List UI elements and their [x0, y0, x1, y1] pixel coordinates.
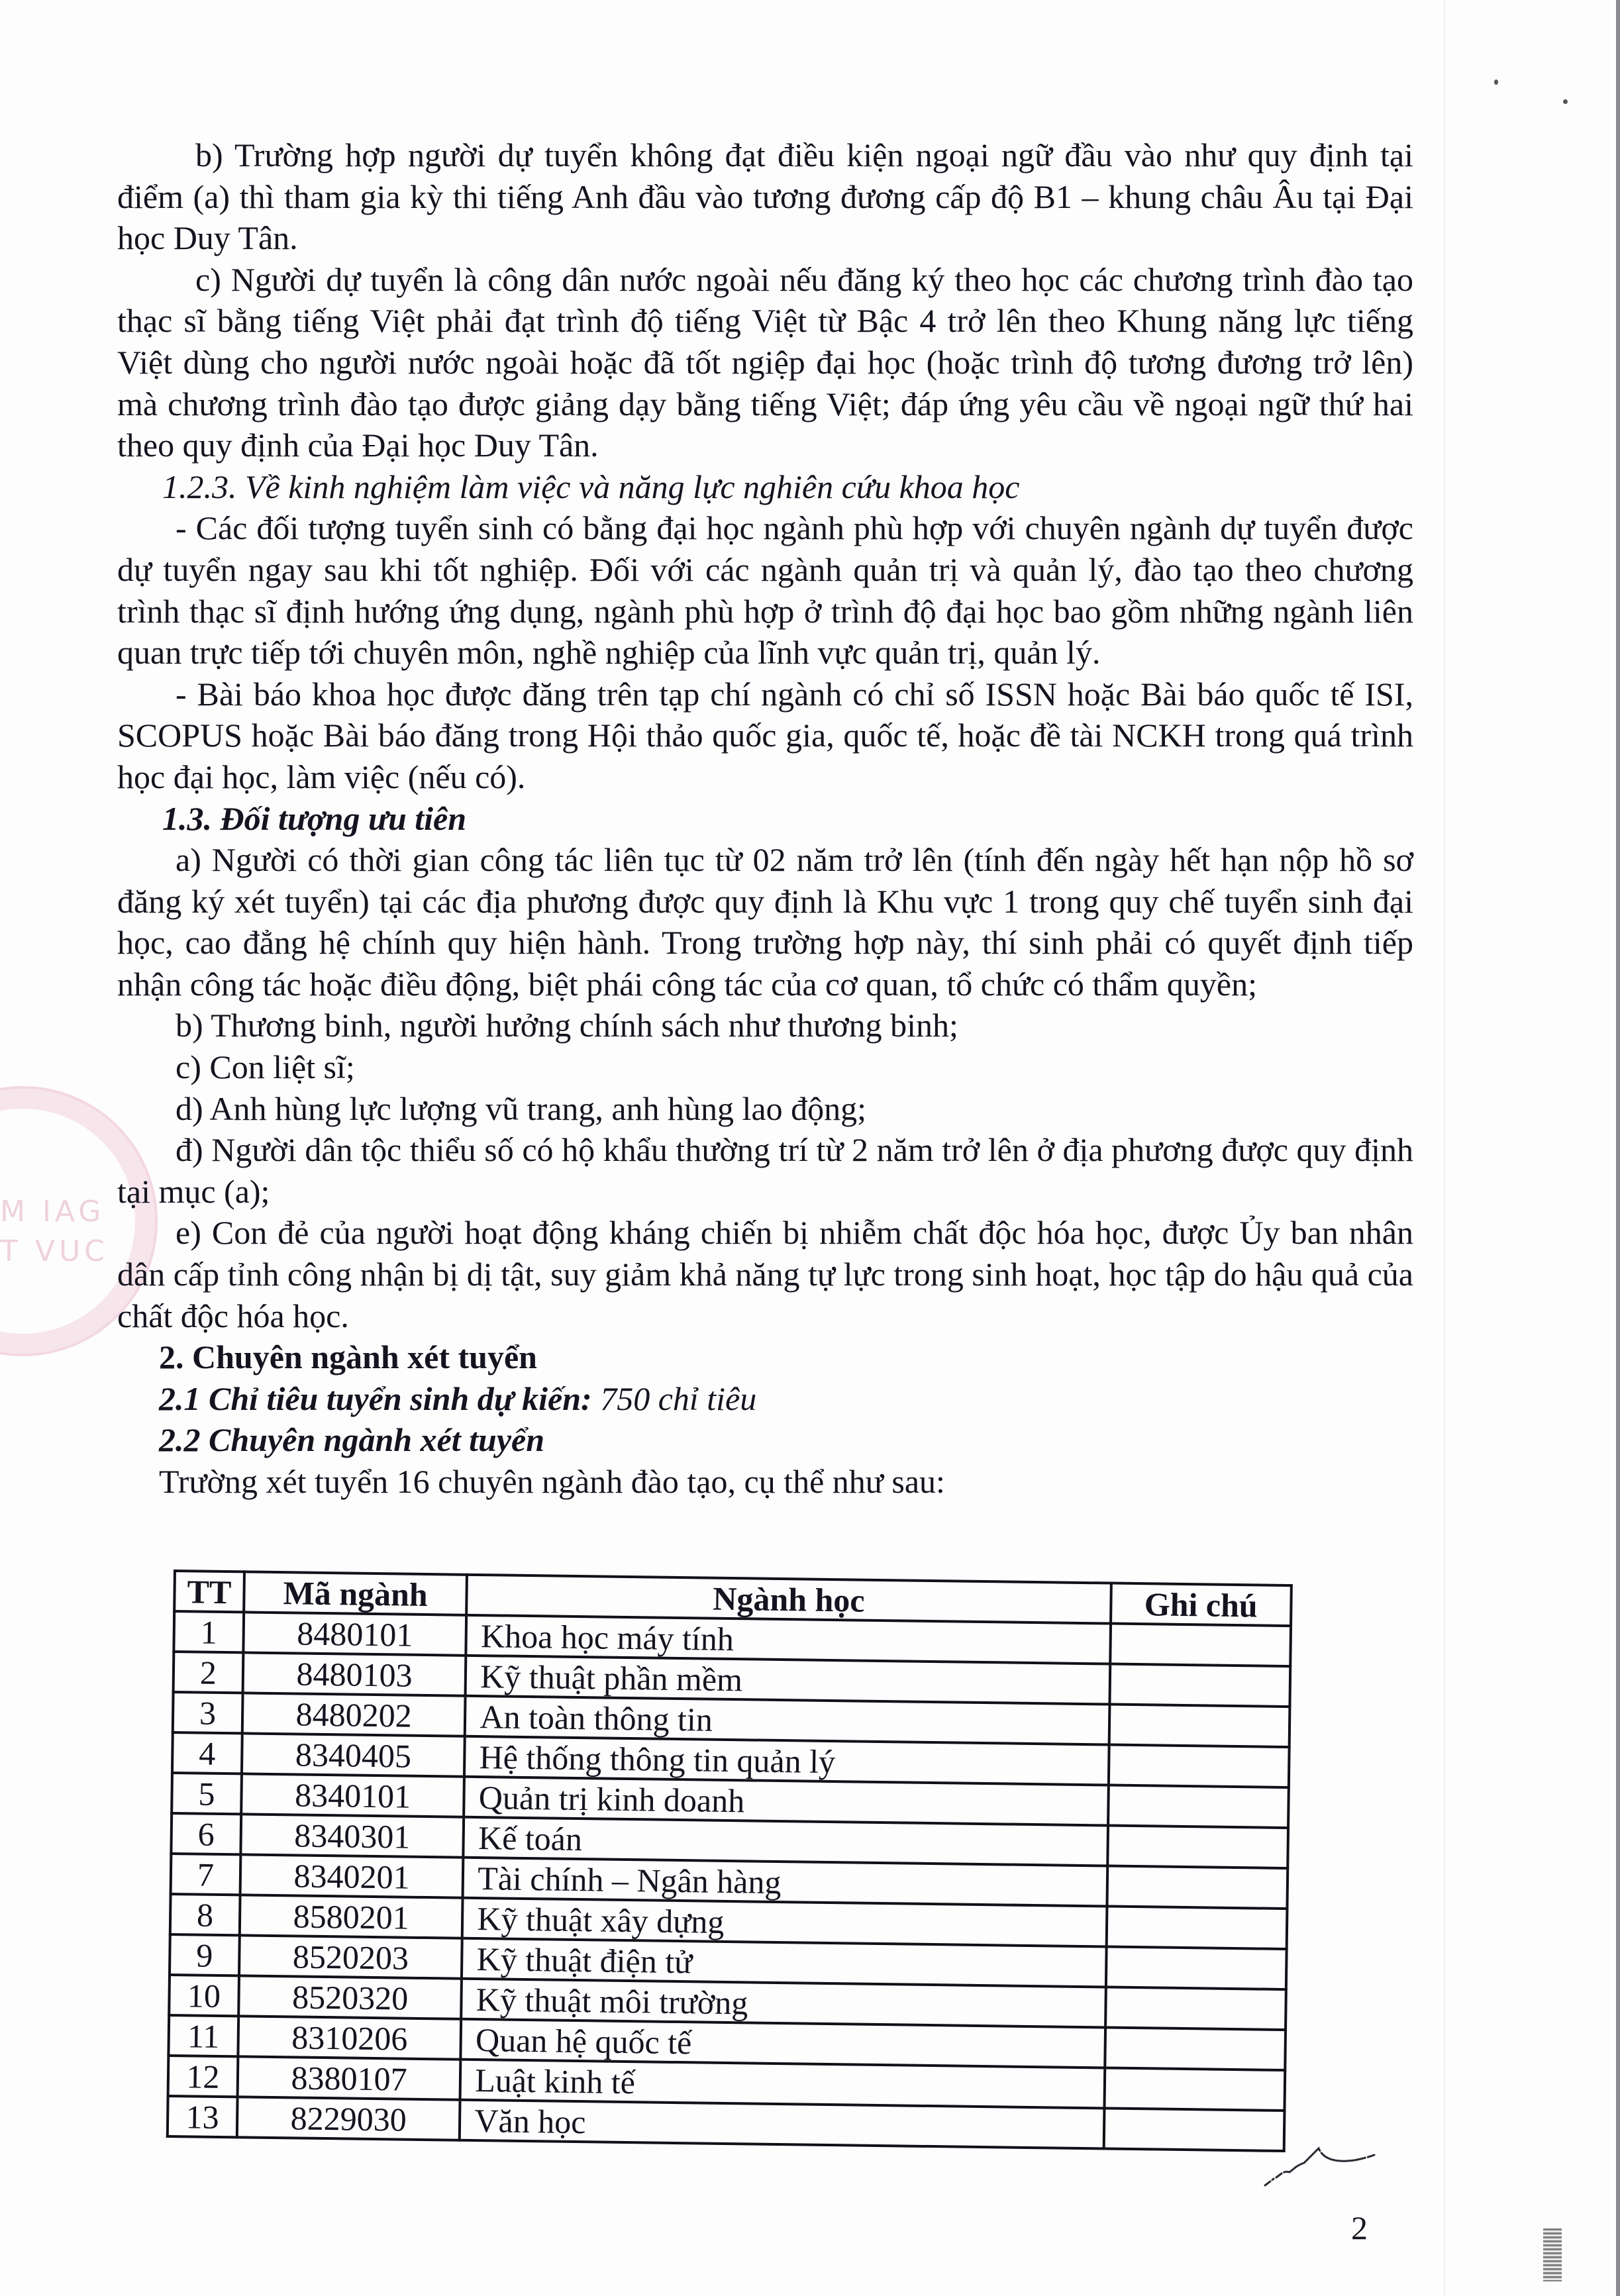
heading-section-2: 2. Chuyên ngành xét tuyển: [117, 1336, 1413, 1378]
signature-icon: [1262, 2146, 1407, 2192]
row-code-cell: 8480103: [242, 1652, 466, 1695]
row-tt-cell: 10: [169, 1975, 239, 2016]
heading-1-3: 1.3. Đối tượng ưu tiên: [117, 798, 1413, 840]
document-body: b) Trường hợp người dự tuyển không đạt đ…: [117, 134, 1413, 1503]
priority-item-a: a) Người có thời gian công tác liên tục …: [117, 839, 1413, 1005]
priority-item-e: e) Con đẻ của người hoạt động kháng chiế…: [117, 1212, 1413, 1336]
row-note-cell: [1105, 2027, 1286, 2070]
row-note-cell: [1108, 1745, 1289, 1788]
row-code-cell: 8380107: [237, 2056, 460, 2099]
scan-barcode-icon: [1543, 2228, 1562, 2281]
row-note-cell: [1110, 1624, 1291, 1667]
row-note-cell: [1108, 1785, 1289, 1828]
quota-value: 750 chỉ tiêu: [600, 1380, 756, 1417]
heading-2-2: 2.2 Chuyên ngành xét tuyển: [117, 1419, 1413, 1461]
paragraph-experience-1: - Các đối tượng tuyển sinh có bằng đại h…: [117, 507, 1413, 673]
scan-speck: [1563, 99, 1568, 104]
row-code-cell: 8340301: [240, 1814, 464, 1857]
heading-2-1-label: 2.1 Chỉ tiêu tuyển sinh dự kiến:: [159, 1380, 592, 1417]
row-tt-cell: 11: [168, 2015, 238, 2056]
row-code-cell: 8480202: [242, 1693, 466, 1736]
scan-speck: [1494, 79, 1498, 85]
row-code-cell: 8340201: [240, 1854, 463, 1897]
paragraph-foreign-language-b: b) Trường hợp người dự tuyển không đạt đ…: [117, 134, 1413, 259]
row-tt-cell: 8: [170, 1894, 240, 1935]
row-code-cell: 8340101: [241, 1773, 464, 1817]
row-note-cell: [1109, 1705, 1290, 1748]
paragraph-experience-2: - Bài báo khoa học được đăng trên tạp ch…: [117, 674, 1413, 798]
page-fold-line: [1444, 0, 1445, 2296]
row-tt-cell: 1: [174, 1611, 244, 1652]
row-code-cell: 8480101: [243, 1612, 466, 1655]
row-tt-cell: 13: [168, 2096, 238, 2137]
header-tt: TT: [174, 1571, 244, 1612]
row-tt-cell: 4: [172, 1732, 242, 1773]
row-tt-cell: 12: [168, 2056, 238, 2097]
row-code-cell: 8310206: [238, 2016, 461, 2059]
majors-table-container: TT Mã ngành Ngành học Ghi chú 18480101Kh…: [166, 1570, 1293, 2152]
row-note-cell: [1103, 2108, 1284, 2151]
row-code-cell: 8520320: [238, 1975, 462, 2019]
row-note-cell: [1105, 1987, 1286, 2030]
row-note-cell: [1105, 1946, 1286, 1989]
row-note-cell: [1109, 1664, 1290, 1707]
row-code-cell: 8520203: [239, 1935, 462, 1978]
priority-item-d: d) Anh hùng lực lượng vũ trang, anh hùng…: [117, 1088, 1413, 1130]
row-note-cell: [1107, 1825, 1288, 1868]
heading-2-1: 2.1 Chỉ tiêu tuyển sinh dự kiến: 750 chỉ…: [117, 1378, 1413, 1420]
priority-item-b: b) Thương binh, người hưởng chính sách n…: [117, 1005, 1413, 1046]
row-tt-cell: 3: [173, 1692, 243, 1733]
paragraph-foreign-citizen-c: c) Người dự tuyển là công dân nước ngoài…: [117, 259, 1413, 466]
priority-item-dd: đ) Người dân tộc thiểu số có hộ khẩu thư…: [117, 1129, 1413, 1212]
header-code: Mã ngành: [244, 1572, 467, 1615]
row-note-cell: [1106, 1906, 1287, 1949]
stamp-text: M IAG T VUC: [0, 1192, 109, 1272]
row-tt-cell: 9: [170, 1934, 240, 1975]
row-note-cell: [1107, 1866, 1288, 1909]
row-code-cell: 8340405: [242, 1733, 465, 1776]
header-note: Ghi chú: [1111, 1583, 1291, 1626]
row-tt-cell: 2: [174, 1652, 244, 1693]
priority-item-c: c) Con liệt sĩ;: [117, 1046, 1413, 1088]
document-page: M IAG T VUC b) Trường hợp người dự tuyển…: [0, 0, 1620, 2296]
page-number: 2: [1351, 2209, 1368, 2247]
majors-table: TT Mã ngành Ngành học Ghi chú 18480101Kh…: [166, 1570, 1293, 2152]
row-tt-cell: 7: [171, 1854, 241, 1895]
row-tt-cell: 6: [171, 1813, 241, 1854]
row-major-cell: Văn học: [460, 2100, 1104, 2149]
heading-1-2-3: 1.2.3. Về kinh nghiệm làm việc và năng l…: [117, 466, 1413, 508]
row-code-cell: 8580201: [240, 1895, 463, 1938]
table-body: 18480101Khoa học máy tính28480103Kỹ thuậ…: [168, 1611, 1291, 2151]
row-tt-cell: 5: [172, 1773, 242, 1814]
table-intro: Trường xét tuyển 16 chuyên ngành đào tạo…: [117, 1461, 1413, 1503]
row-note-cell: [1104, 2068, 1285, 2111]
row-code-cell: 8229030: [237, 2097, 460, 2140]
